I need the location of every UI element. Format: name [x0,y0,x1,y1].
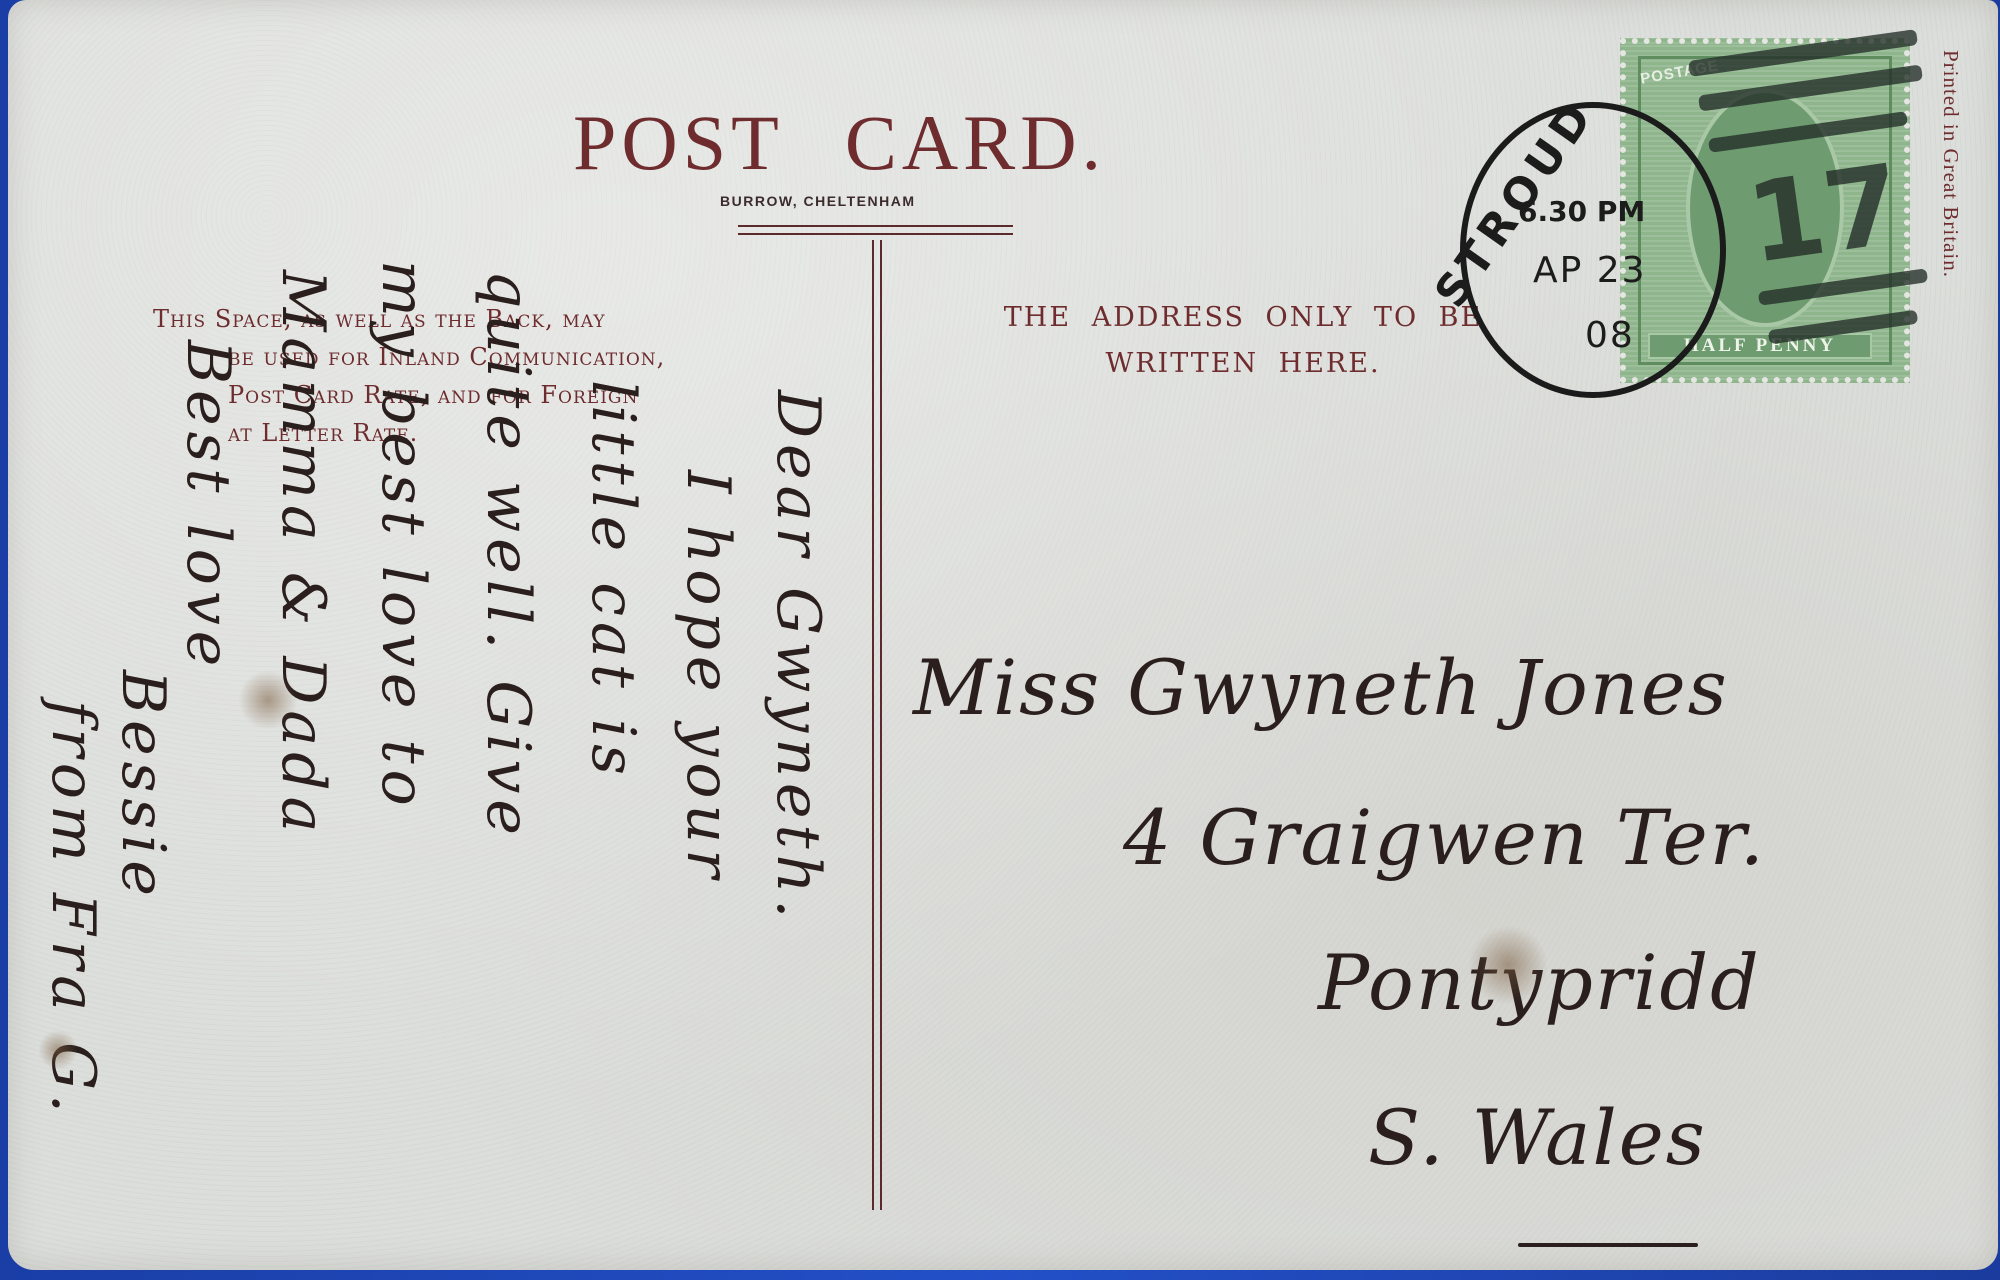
address-underline [1518,1243,1698,1247]
printed-in-great-britain: Printed in Great Britain. [1938,50,1963,278]
message-line: little cat is [583,380,643,781]
message-line: I hope your [678,470,738,884]
ink-stain [238,670,298,730]
address-street: 4 Graigwen Ter. [1123,800,1766,876]
cancellation-number: 17 [1740,140,1909,288]
address-recipient: Miss Gwyneth Jones [913,650,1729,726]
postmark-date: AP 23 [1533,250,1647,291]
ink-stain [1468,925,1548,1005]
address-instruction-line: WRITTEN HERE. [943,341,1543,387]
center-divider-right [880,240,882,1210]
title-rule-top [738,225,1013,227]
message-line: quite well. Give [478,270,538,841]
publisher-imprint: BURROW, CHELTENHAM [720,193,916,209]
message-line: Best love [178,340,238,672]
postmark-time: 6.30 PM [1518,195,1645,228]
handwritten-message: Dear Gwyneth. I hope your little cat is … [38,380,838,1250]
message-line: Bessie [113,670,173,902]
ink-stain [38,1030,78,1070]
title-rule-bottom [738,233,1013,235]
center-divider-left [872,240,874,1210]
postcard-title: POST CARD. [573,98,1106,188]
message-line: my best love to [373,260,433,812]
message-line: Mamma & Dada [273,270,333,838]
postmark-year: 08 [1585,315,1635,356]
address-region: S. Wales [1368,1100,1707,1176]
message-line: Dear Gwyneth. [768,390,828,924]
address-instruction: THE ADDRESS ONLY TO BE WRITTEN HERE. [943,295,1543,387]
postcard: POST CARD. BURROW, CHELTENHAM This Space… [8,0,1998,1270]
